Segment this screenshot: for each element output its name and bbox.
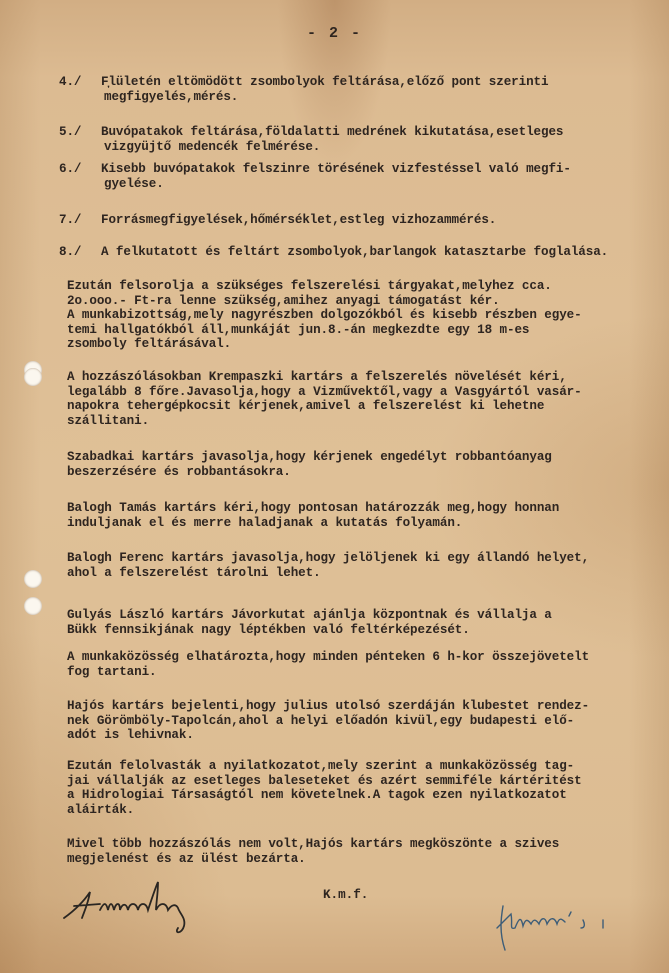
paragraph-line: Ezután felolvasták a nyilatkozatot,mely … xyxy=(67,759,657,774)
paragraph-line: Balogh Ferenc kartárs javasolja,hogy jel… xyxy=(67,551,657,566)
closing-kmf: K.m.f. xyxy=(323,888,368,902)
paragraph: Ezután felolvasták a nyilatkozatot,mely … xyxy=(67,759,657,817)
paragraph-line: Bükk fennsikjának nagy léptékben való fe… xyxy=(67,623,657,638)
item-number: 4./ xyxy=(59,75,101,90)
paragraph: Balogh Tamás kartárs kéri,hogy pontosan … xyxy=(67,501,657,530)
paragraph-line: beszerzésére és robbantásokra. xyxy=(67,465,657,480)
document-page: - 2 - 4./F̦lületén eltömödött zsombolyok… xyxy=(0,0,669,973)
paragraph-line: Mivel több hozzászólás nem volt,Hajós ka… xyxy=(67,837,657,852)
paragraph-line: Balogh Tamás kartárs kéri,hogy pontosan … xyxy=(67,501,657,516)
punch-hole xyxy=(24,368,42,386)
paragraph-line: Gulyás László kartárs Jávorkutat ajánlja… xyxy=(67,608,657,623)
paragraph-line: aláirták. xyxy=(67,803,657,818)
paragraph-line: Ezután felsorolja a szükséges felszerelé… xyxy=(67,279,657,294)
paragraph-line: Hajós kartárs bejelenti,hogy julius utol… xyxy=(67,699,657,714)
item-number: 7./ xyxy=(59,213,101,228)
paragraph: Mivel több hozzászólás nem volt,Hajós ka… xyxy=(67,837,657,866)
signature-left xyxy=(60,878,220,940)
numbered-item: 8./A felkutatott és feltárt zsombolyok,b… xyxy=(59,245,659,260)
item-number: 6./ xyxy=(59,162,101,177)
paragraph-line: A hozzászólásokban Krempaszki kartárs a … xyxy=(67,370,657,385)
numbered-item: 6./Kisebb buvópatakok felszinre töréséne… xyxy=(59,162,659,191)
paragraph-line: legalább 8 főre.Javasolja,hogy a Vizműve… xyxy=(67,385,657,400)
paragraph-line: ahol a felszerelést tárolni lehet. xyxy=(67,566,657,581)
paragraph-line: A munkabizottság,mely nagyrészben dolgoz… xyxy=(67,308,657,323)
paragraph-line: Szabadkai kartárs javasolja,hogy kérjene… xyxy=(67,450,657,465)
paragraph-line: jai vállalják az esetleges baleseteket é… xyxy=(67,774,657,789)
item-text: Kisebb buvópatakok felszinre törésének v… xyxy=(101,162,571,176)
item-text-continuation: megfigyelés,mérés. xyxy=(59,90,659,105)
item-text: A felkutatott és feltárt zsombolyok,barl… xyxy=(101,245,608,259)
paragraph-line: zsomboly feltárásával. xyxy=(67,337,657,352)
numbered-item: 5./Buvópatakok feltárása,földalatti medr… xyxy=(59,125,659,154)
paragraph: Balogh Ferenc kartárs javasolja,hogy jel… xyxy=(67,551,657,580)
paragraph-line: temi hallgatókból áll,munkáját jun.8.-án… xyxy=(67,323,657,338)
punch-hole xyxy=(24,570,42,588)
paragraph-line: A munkaközösség elhatározta,hogy minden … xyxy=(67,650,657,665)
item-text-continuation: vizgyüjtő medencék felmérése. xyxy=(59,140,659,155)
numbered-item: 4./F̦lületén eltömödött zsombolyok feltá… xyxy=(59,75,659,104)
item-text: Buvópatakok feltárása,földalatti medréne… xyxy=(101,125,563,139)
paragraph-line: adót is lehivnak. xyxy=(67,728,657,743)
item-text: F̦lületén eltömödött zsombolyok feltárás… xyxy=(101,75,548,89)
item-number: 5./ xyxy=(59,125,101,140)
paragraph-line: a Hidrologiai Társaságtól nem követelnek… xyxy=(67,788,657,803)
paragraph: A hozzászólásokban Krempaszki kartárs a … xyxy=(67,370,657,428)
paragraph: A munkaközösség elhatározta,hogy minden … xyxy=(67,650,657,679)
numbered-item: 7./Forrásmegfigyelések,hőmérséklet,estle… xyxy=(59,213,659,228)
punch-hole xyxy=(24,597,42,615)
paragraph-line: fog tartani. xyxy=(67,665,657,680)
paragraph-line: induljanak el és merre haladjanak a kuta… xyxy=(67,516,657,531)
paragraph-line: szállitani. xyxy=(67,414,657,429)
paragraph: Gulyás László kartárs Jávorkutat ajánlja… xyxy=(67,608,657,637)
paragraph-line: 2o.ooo.- Ft-ra lenne szükség,amihez anya… xyxy=(67,294,657,309)
paragraph-line: megjelenést és az ülést bezárta. xyxy=(67,852,657,867)
item-text-continuation: gyelése. xyxy=(59,177,659,192)
item-text: Forrásmegfigyelések,hőmérséklet,estleg v… xyxy=(101,213,496,227)
paragraph: Szabadkai kartárs javasolja,hogy kérjene… xyxy=(67,450,657,479)
item-number: 8./ xyxy=(59,245,101,260)
page-number: - 2 - xyxy=(0,25,669,42)
paragraph-line: nek Görömböly-Tapolcán,ahol a helyi előa… xyxy=(67,714,657,729)
paragraph: Hajós kartárs bejelenti,hogy julius utol… xyxy=(67,699,657,743)
signature-right xyxy=(495,898,625,958)
paragraph: Ezután felsorolja a szükséges felszerelé… xyxy=(67,279,657,352)
paragraph-line: napokra tehergépkocsit kérjenek,amivel a… xyxy=(67,399,657,414)
